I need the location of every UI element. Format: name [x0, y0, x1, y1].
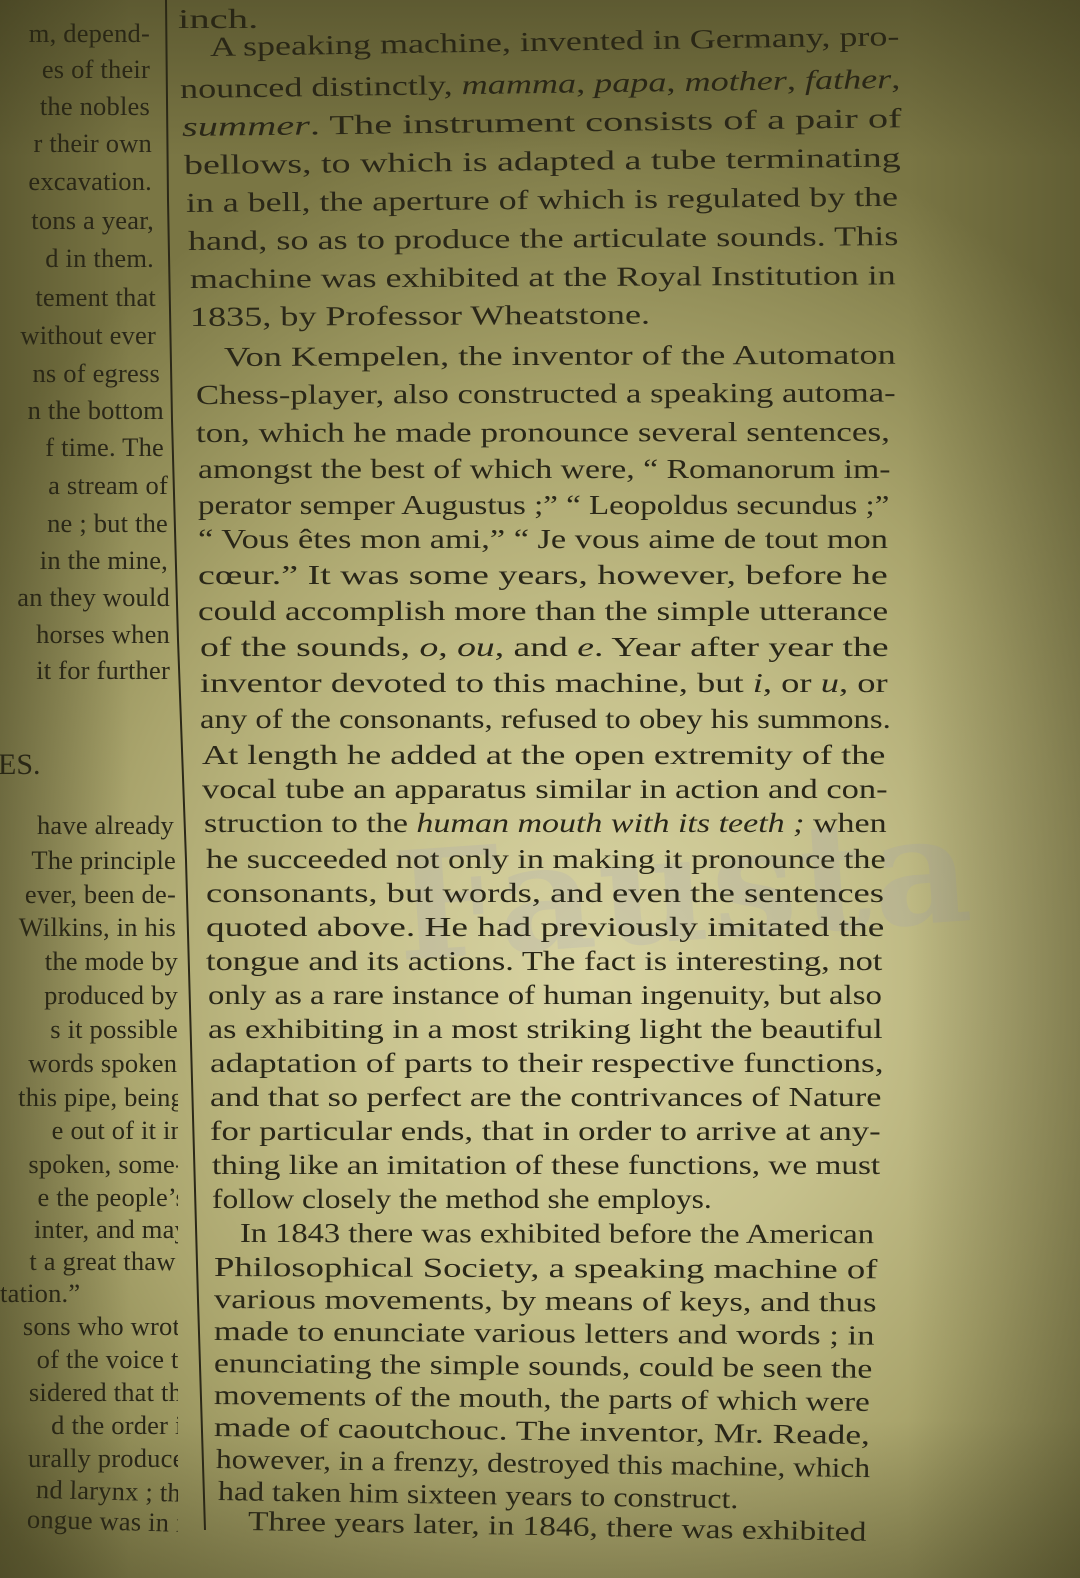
text-run: thing like an imitation of these functio…	[212, 1149, 880, 1180]
text-run: “ Vous êtes mon ami,” “ Je vous aime de …	[198, 523, 888, 554]
right-column-line: At length he added at the open extremity…	[202, 738, 885, 772]
text-run: Philosophical Society, a speaking machin…	[214, 1251, 878, 1284]
italic-term: mamma	[461, 67, 576, 100]
italic-term: u	[821, 667, 839, 698]
text-run: 1835, by Professor Wheatstone.	[190, 299, 650, 332]
right-column-line: and that so perfect are the contrivances…	[210, 1080, 881, 1114]
right-column-line: hand, so as to produce the articulate so…	[188, 219, 899, 258]
text-run: amongst the best of which were, “ Romano…	[198, 453, 891, 484]
text-run: A speaking machine, invented in Germany,…	[210, 20, 900, 62]
text-run: Von Kempelen, the inventor of the Automa…	[224, 339, 896, 372]
right-column-line: Chess-player, also constructed a speakin…	[196, 376, 896, 412]
italic-term: human mouth with its teeth ;	[416, 807, 804, 838]
text-run: At length he added at the open extremity…	[202, 739, 885, 770]
text-run: ,	[666, 66, 684, 97]
right-column-line: adaptation of parts to their respective …	[210, 1046, 884, 1080]
right-column-line: thing like an imitation of these functio…	[212, 1148, 880, 1182]
book-page: Fausta m, depend-es of theirthe noblesr …	[0, 0, 1080, 1578]
right-column-line: quoted above. He had previously imitated…	[206, 910, 884, 944]
right-column-line: ton, which he made pronounce several sen…	[196, 415, 890, 450]
italic-term: father	[805, 63, 892, 95]
text-run: . The instrument consists of a pair of	[310, 102, 902, 140]
text-run: ,	[787, 64, 805, 95]
right-column-line: could accomplish more than the simple ut…	[198, 594, 888, 628]
italic-term: i	[753, 667, 763, 698]
text-run: ,	[576, 67, 594, 98]
italic-term: o	[419, 631, 438, 662]
italic-term: papa	[594, 66, 667, 98]
right-column-line: only as a rare instance of human ingenui…	[208, 978, 882, 1012]
text-run: , or	[763, 667, 821, 698]
text-run: , or	[839, 667, 888, 698]
text-run: nounced distinctly,	[180, 69, 462, 104]
text-run: bellows, to which is adapted a tube term…	[184, 141, 901, 180]
text-run: Chess-player, also constructed a speakin…	[196, 377, 896, 410]
text-run: inventor devoted to this machine, but	[200, 667, 753, 698]
text-run: . Year after year the	[594, 631, 889, 662]
text-run: and that so perfect are the contrivances…	[210, 1081, 881, 1112]
right-column-line: follow closely the method she employs.	[212, 1182, 712, 1216]
right-column-line: any of the consonants, refused to obey h…	[200, 702, 891, 736]
right-column-line: “ Vous êtes mon ami,” “ Je vous aime de …	[198, 522, 888, 556]
text-run: for particular ends, that in order to ar…	[210, 1115, 881, 1146]
right-column-line: summer. The instrument consists of a pai…	[182, 101, 902, 144]
text-run: in a bell, the aperture of which is regu…	[186, 181, 898, 218]
right-column-line: cœur.” It was some years, however, befor…	[198, 558, 888, 592]
text-run: machine was exhibited at the Royal Insti…	[190, 259, 896, 294]
right-column-line: In 1843 there was exhibited before the A…	[240, 1216, 874, 1251]
text-run: In 1843 there was exhibited before the A…	[240, 1217, 874, 1249]
text-run: adaptation of parts to their respective …	[210, 1047, 884, 1078]
right-column-line: as exhibiting in a most striking light t…	[208, 1012, 883, 1046]
text-run: could accomplish more than the simple ut…	[198, 595, 888, 626]
right-column-line: tongue and its actions. The fact is inte…	[206, 944, 882, 978]
text-run: , and	[495, 631, 578, 662]
text-run: perator semper Augustus ;” “ Leopoldus s…	[198, 489, 889, 520]
italic-term: mother	[684, 65, 787, 97]
right-column-line: A speaking machine, invented in Germany,…	[210, 19, 900, 64]
italic-term: summer	[182, 109, 310, 142]
text-run: vocal tube an apparatus similar in actio…	[202, 773, 888, 804]
text-run: hand, so as to produce the articulate so…	[188, 220, 899, 256]
right-column-line: machine was exhibited at the Royal Insti…	[190, 258, 896, 296]
text-run: he succeeded not only in making it prono…	[206, 843, 886, 874]
text-run: consonants, but words, and even the sent…	[206, 877, 884, 908]
text-run: of the sounds,	[200, 631, 419, 662]
text-run: when	[804, 807, 886, 838]
italic-term: e	[577, 631, 594, 662]
text-run: ,	[891, 63, 900, 94]
text-run: quoted above. He had previously imitated…	[206, 911, 884, 942]
right-column-line: bellows, to which is adapted a tube term…	[184, 140, 901, 182]
italic-term: ou	[457, 631, 495, 662]
right-column-line: of the sounds, o, ou, and e. Year after …	[200, 630, 889, 664]
right-column-line: 1835, by Professor Wheatstone.	[190, 298, 650, 334]
text-run: made to enunciate various letters and wo…	[214, 1315, 875, 1351]
right-column-line: in a bell, the aperture of which is regu…	[186, 180, 898, 220]
right-column-line: inventor devoted to this machine, but i,…	[200, 666, 888, 700]
right-column-line: Philosophical Society, a speaking machin…	[214, 1250, 878, 1286]
right-column-line: amongst the best of which were, “ Romano…	[198, 452, 891, 486]
text-run: tongue and its actions. The fact is inte…	[206, 945, 882, 976]
text-run: any of the consonants, refused to obey h…	[200, 703, 891, 734]
text-run: Three years later, in 1846, there was ex…	[248, 1505, 867, 1547]
text-run: various movements, by means of keys, and…	[214, 1283, 877, 1317]
right-column-line: vocal tube an apparatus similar in actio…	[202, 772, 888, 806]
right-column-line: consonants, but words, and even the sent…	[206, 876, 884, 910]
right-column: inch.A speaking machine, invented in Ger…	[0, 0, 1080, 1578]
text-run: struction to the	[204, 807, 416, 838]
right-column-line: perator semper Augustus ;” “ Leopoldus s…	[198, 488, 889, 522]
right-column-line: he succeeded not only in making it prono…	[206, 842, 886, 876]
text-run: as exhibiting in a most striking light t…	[208, 1013, 883, 1044]
text-run: ton, which he made pronounce several sen…	[196, 416, 890, 448]
right-column-line: for particular ends, that in order to ar…	[210, 1114, 881, 1148]
right-column-line: Von Kempelen, the inventor of the Automa…	[224, 338, 896, 374]
right-column-line: struction to the human mouth with its te…	[204, 806, 887, 840]
text-run: follow closely the method she employs.	[212, 1183, 712, 1214]
right-column-line: nounced distinctly, mamma, papa, mother,…	[180, 62, 901, 106]
right-column-line: Three years later, in 1846, there was ex…	[248, 1504, 867, 1549]
text-run: only as a rare instance of human ingenui…	[208, 979, 882, 1010]
text-run: ,	[438, 631, 457, 662]
text-run: cœur.” It was some years, however, befor…	[198, 559, 888, 590]
